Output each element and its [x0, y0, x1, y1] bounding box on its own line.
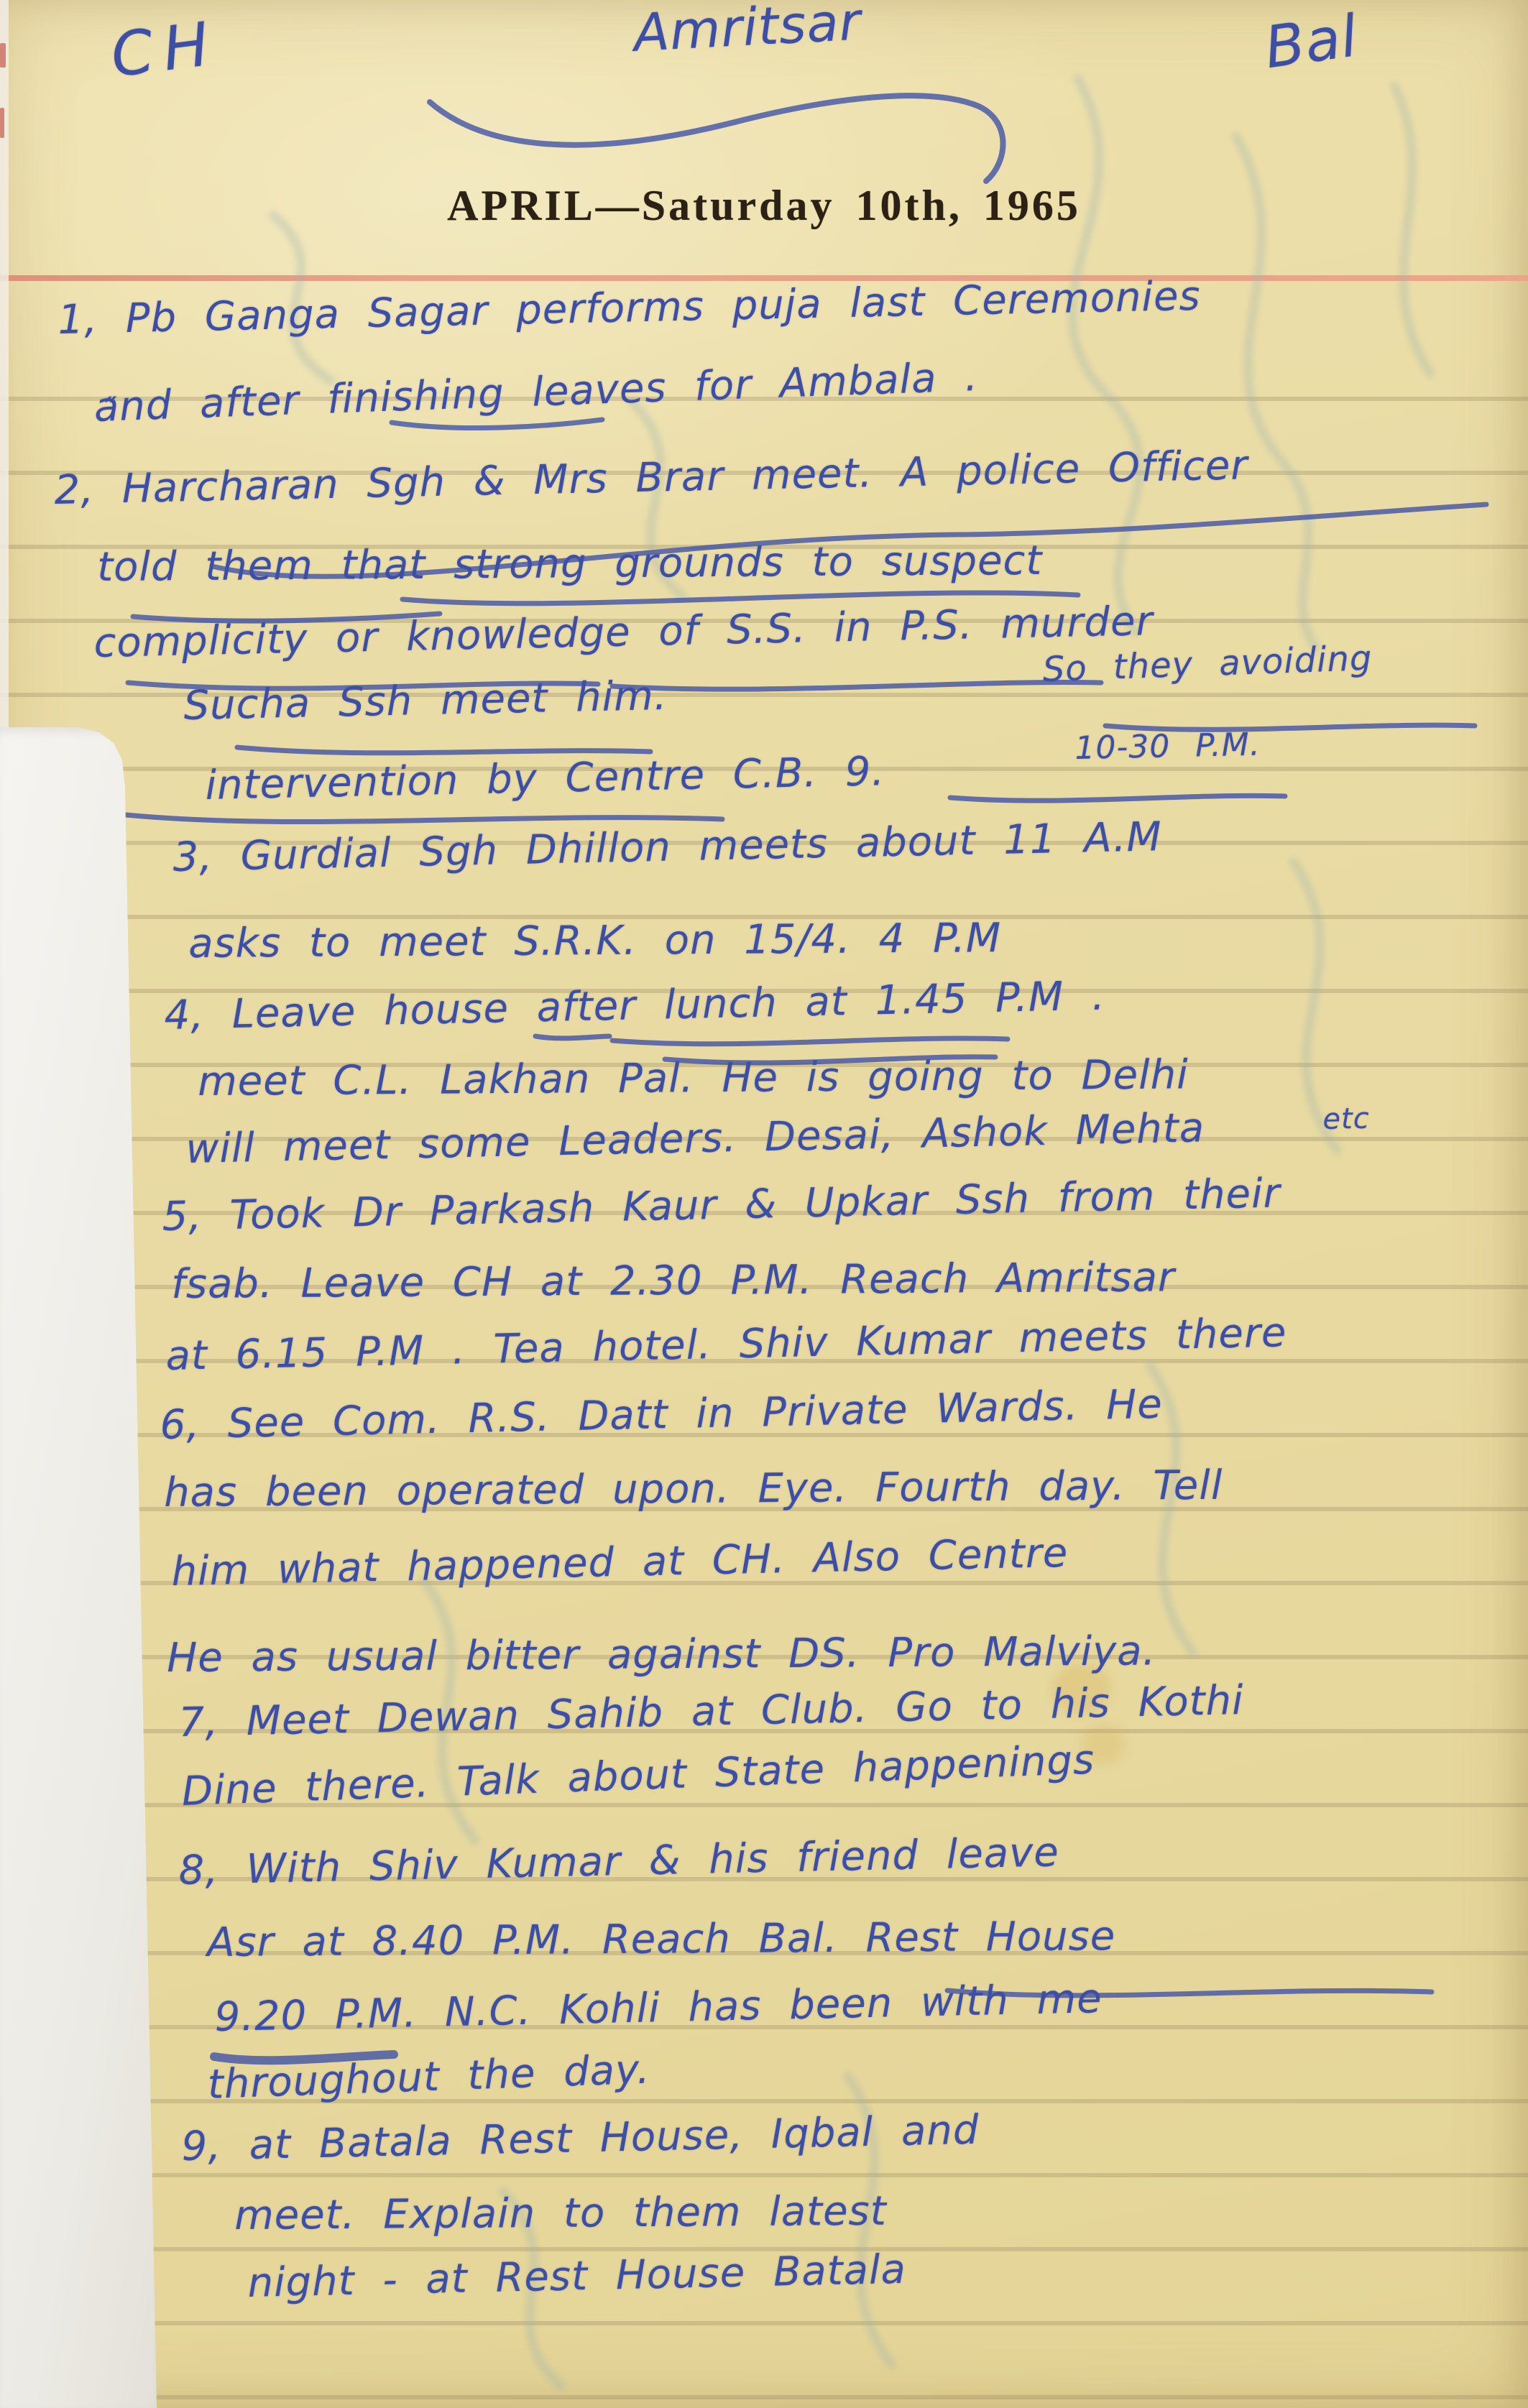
corner-note-left: CH	[108, 13, 222, 86]
diary-line: etc	[1322, 1104, 1370, 1134]
diary-line: 10-30 P.M.	[1074, 729, 1261, 765]
diary-line: Sucha Ssh meet him.	[183, 676, 668, 726]
diary-line: meet C.L. Lakhan Pal. He is going to Del…	[198, 1055, 1189, 1102]
margin-header-line	[0, 275, 1528, 281]
corner-note-right: Bal	[1261, 7, 1361, 77]
diary-line: meet. Explain to them latest	[234, 2192, 887, 2236]
diary-line: asks to meet S.R.K. on 15/4. 4 P.M	[188, 918, 1001, 964]
printed-date-heading: APRIL—Saturday 10th, 1965	[0, 181, 1528, 231]
red-edge-fleck	[0, 108, 4, 138]
red-edge-fleck	[0, 43, 6, 68]
diary-line: has been operated upon. Eye. Fourth day.…	[164, 1466, 1223, 1513]
diary-line: fsab. Leave CH at 2.30 P.M. Reach Amrits…	[171, 1258, 1175, 1305]
diary-line: He as usual bitter against DS. Pro Malvi…	[167, 1631, 1156, 1679]
place-heading: Amritsar	[632, 0, 862, 59]
diary-line: told them that strong grounds to suspect	[97, 541, 1042, 588]
scanned-diary-page: CH Amritsar Bal APRIL—Saturday 10th, 196…	[0, 0, 1528, 2408]
diary-line: So they avoiding	[1042, 641, 1373, 687]
diary-line: Asr at 8.40 P.M. Reach Bal. Rest House	[207, 1916, 1115, 1963]
